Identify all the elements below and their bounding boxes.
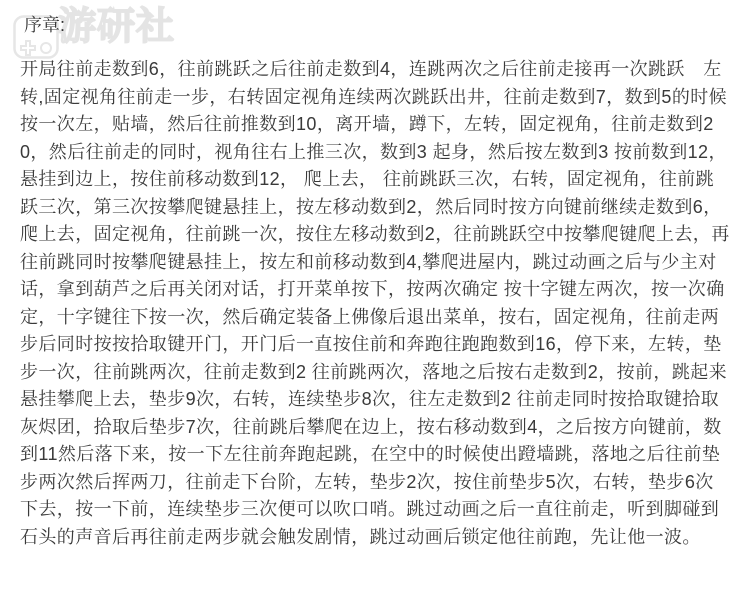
section-title: 序章:	[24, 13, 65, 37]
watermark-text: 游研社	[58, 4, 175, 50]
article-page: 游研社 序章: 开局往前走数到6，往前跳跃之后往前走数到4，连跳两次之后往前走接…	[0, 0, 750, 610]
walkthrough-text: 开局往前走数到6，往前跳跃之后往前走数到4，连跳两次之后往前走接再一次跳跃 左转…	[20, 56, 732, 551]
